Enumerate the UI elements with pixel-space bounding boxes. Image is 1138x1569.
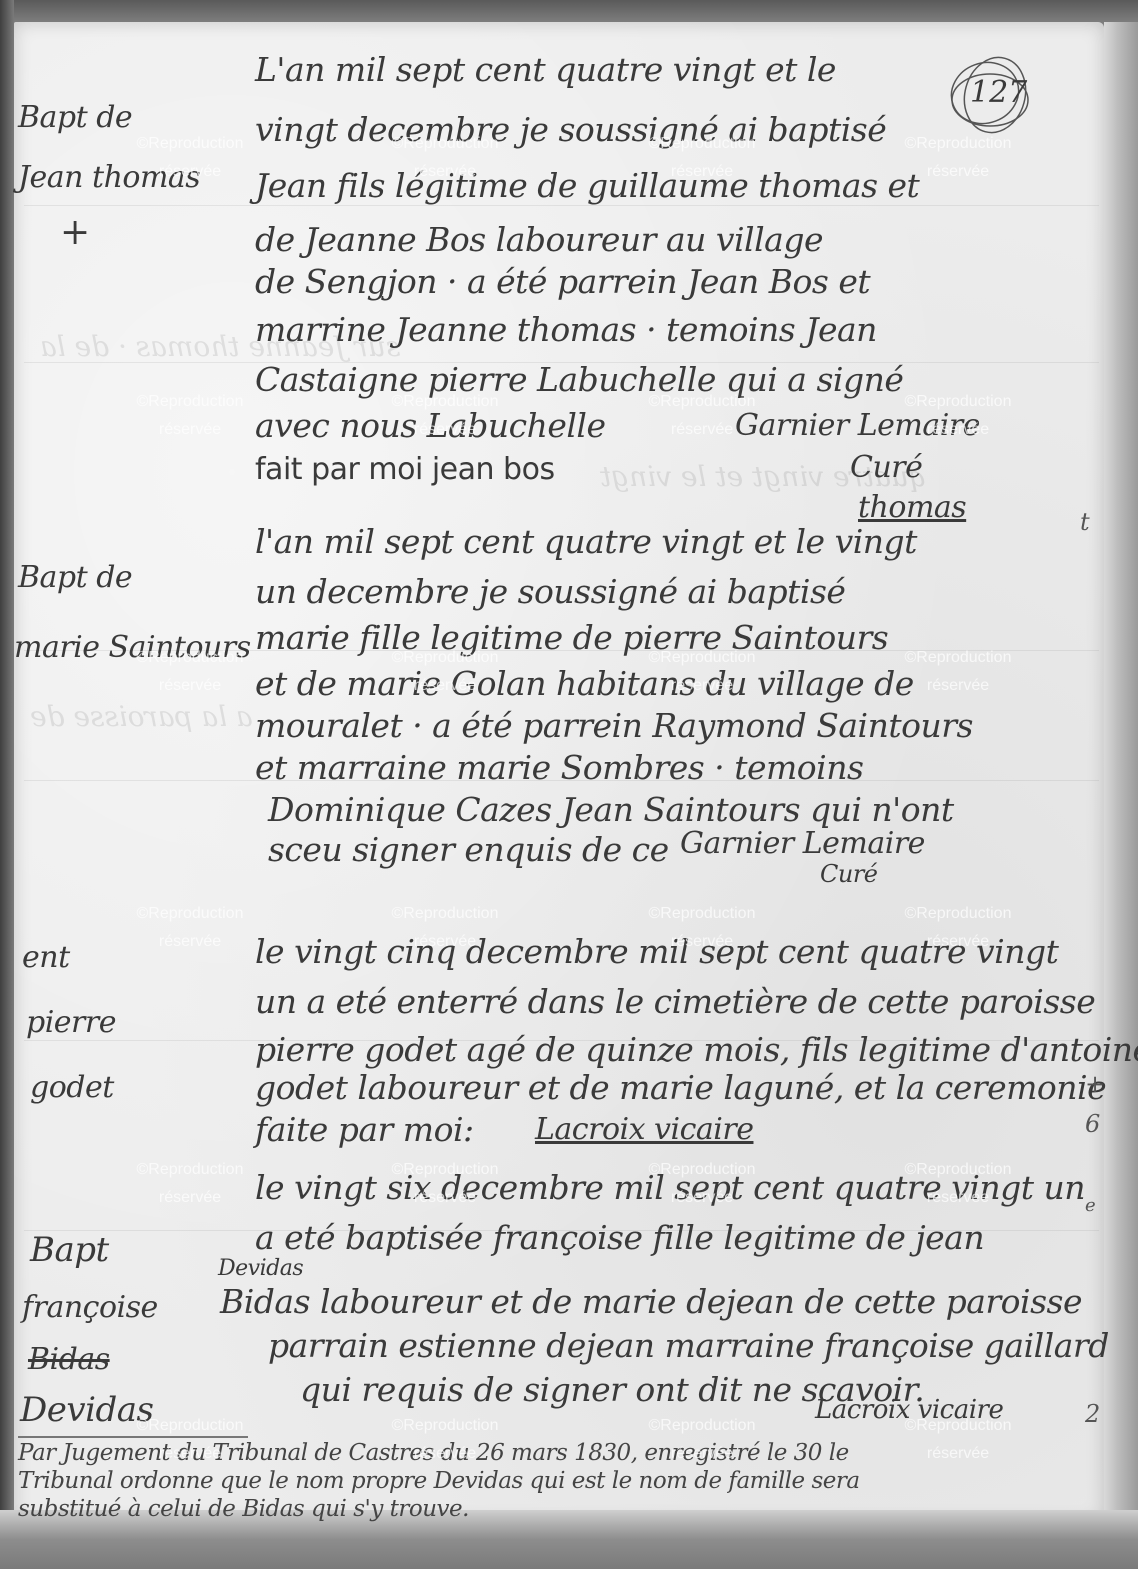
entry-line: un a eté enterré dans le cimetière de ce… (255, 982, 1095, 1021)
watermark: ©Reproductionréservée (868, 1156, 1048, 1212)
watermark: ©Reproductionréservée (868, 130, 1048, 186)
watermark: ©Reproductionréservée (100, 900, 280, 956)
watermark: ©Reproductionréservée (612, 388, 792, 444)
entry-line: faite par moi: (255, 1110, 474, 1149)
watermark: ©Reproductionréservée (612, 644, 792, 700)
watermark: ©Reproductionréservée (868, 900, 1048, 956)
binding-spine (0, 0, 14, 1569)
signature-title: Curé (820, 860, 878, 888)
watermark: ©Reproductionréservée (100, 644, 280, 700)
entry-line: de Jeanne Bos laboureur au village (255, 220, 823, 259)
margin-note: Bapt (30, 1230, 109, 1270)
watermark: ©Reproductionréservée (100, 1412, 280, 1468)
margin-note: françoise (22, 1290, 158, 1325)
entry-line: et de marie Golan habitans du village de (255, 664, 914, 703)
signature-thomas: thomas (858, 490, 966, 525)
entry-line: L'an mil sept cent quatre vingt et le (255, 50, 836, 89)
entry-line: l'an mil sept cent quatre vingt et le vi… (255, 522, 917, 561)
signature-cure: Garnier Lemaire (680, 826, 925, 861)
margin-note: Bapt de (18, 560, 132, 595)
signature-vicaire: Lacroix vicaire (535, 1112, 753, 1147)
watermark: ©Reproductionréservée (100, 130, 280, 186)
right-margin-mark: e (1085, 1195, 1096, 1216)
entry-line: Bidas laboureur et de marie dejean de ce… (220, 1282, 1082, 1321)
page-edge-right (1104, 22, 1138, 1569)
court-annotation-line: Tribunal ordonne que le nom propre Devid… (18, 1468, 860, 1494)
right-margin-mark: + (1085, 1070, 1105, 1098)
signature-title: Curé (850, 450, 922, 485)
margin-note: godet (30, 1070, 114, 1105)
watermark: ©Reproductionréservée (612, 130, 792, 186)
watermark: ©Reproductionréservée (868, 388, 1048, 444)
watermark: ©Reproductionréservée (612, 1412, 792, 1468)
watermark: ©Reproductionréservée (355, 1156, 535, 1212)
right-margin-mark: 2 (1085, 1400, 1100, 1428)
right-margin-mark: 6 (1085, 1110, 1100, 1138)
entry-line: marrine Jeanne thomas · temoins Jean (255, 310, 877, 349)
entry-line: un decembre je soussigné ai baptisé (255, 572, 845, 611)
watermark: ©Reproductionréservée (355, 130, 535, 186)
entry-line: mouralet · a été parrein Raymond Saintou… (255, 706, 973, 745)
entry-line: godet laboureur et de marie laguné, et l… (255, 1068, 1106, 1107)
margin-struck-name: Bidas (28, 1342, 110, 1377)
entry-line: marie fille legitime de pierre Saintours (255, 618, 888, 657)
entry-line: pierre godet agé de quinze mois, fils le… (255, 1030, 1138, 1069)
court-annotation-line: substitué à celui de Bidas qui s'y trouv… (18, 1496, 469, 1522)
watermark: ©Reproductionréservée (355, 388, 535, 444)
signature-witness: fait par moi jean bos (255, 452, 555, 487)
entry-line: parrain estienne dejean marraine françoi… (268, 1326, 1109, 1365)
correction-above: Devidas (218, 1256, 303, 1281)
cross-mark: + (60, 212, 90, 253)
right-margin-mark: t (1080, 508, 1090, 536)
page-number: 127 (970, 75, 1027, 110)
entry-line: a eté baptisée françoise fille legitime … (255, 1218, 984, 1257)
watermark: ©Reproductionréservée (868, 644, 1048, 700)
watermark: ©Reproductionréservée (868, 1412, 1048, 1468)
entry-line: de Sengjon · a été parrein Jean Bos et (255, 262, 870, 301)
bleed-through-text: a la paroisse de (30, 700, 253, 733)
entry-line: sceu signer enquis de ce (268, 830, 669, 869)
watermark: ©Reproductionréservée (355, 900, 535, 956)
margin-note: ent (22, 940, 70, 975)
margin-note: pierre (26, 1005, 116, 1040)
watermark: ©Reproductionréservée (355, 1412, 535, 1468)
watermark: ©Reproductionréservée (355, 644, 535, 700)
watermark: ©Reproductionréservée (612, 900, 792, 956)
watermark: ©Reproductionréservée (100, 388, 280, 444)
entry-line: Dominique Cazes Jean Saintours qui n'ont (268, 790, 954, 829)
entry-line: et marraine marie Sombres · temoins (255, 748, 863, 787)
ruled-line (24, 205, 1099, 206)
watermark: ©Reproductionréservée (100, 1156, 280, 1212)
entry-line: Castaigne pierre Labuchelle qui a signé (255, 360, 903, 399)
watermark: ©Reproductionréservée (612, 1156, 792, 1212)
